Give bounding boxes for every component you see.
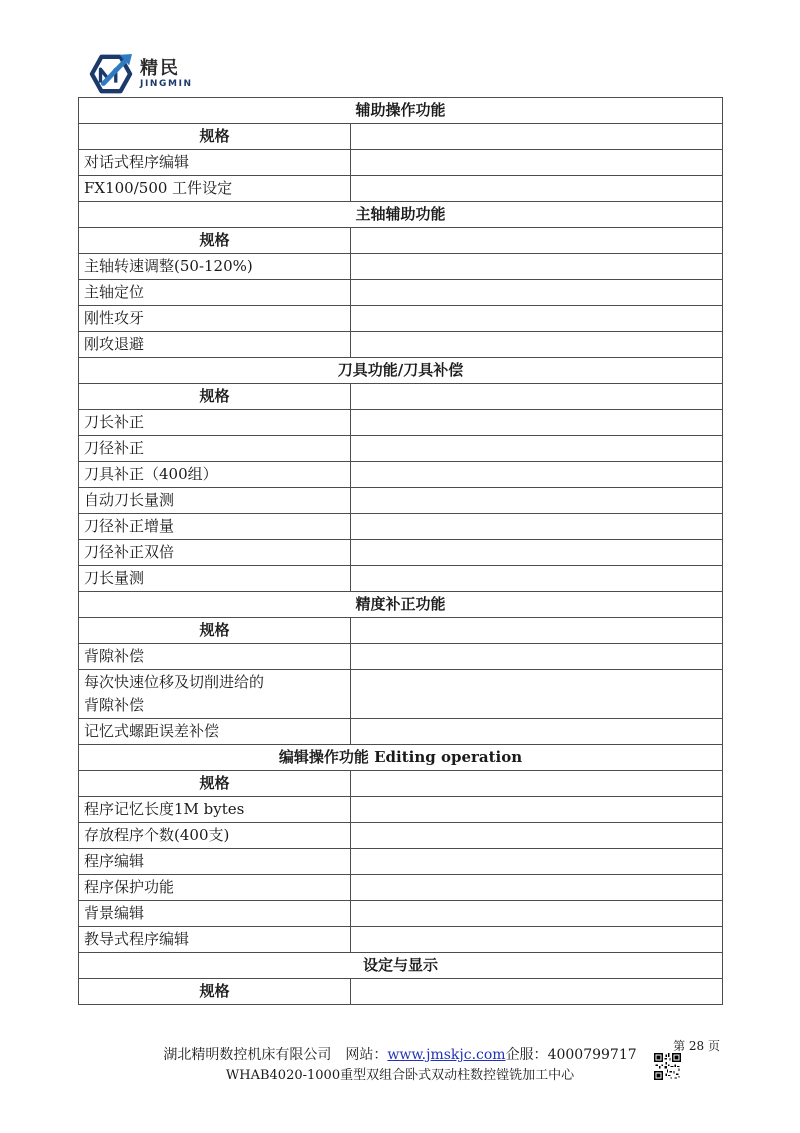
feature-row: 刚攻退避: [79, 332, 723, 358]
feature-row: FX100/500 工件设定: [79, 176, 723, 202]
feature-value-cell: [351, 488, 723, 514]
footer-company: 湖北精明数控机床有限公司: [163, 1047, 345, 1063]
feature-row: 程序编辑: [79, 849, 723, 875]
feature-value-cell: [351, 150, 723, 176]
logo: 精民 JINGMIN: [88, 53, 193, 95]
section-title-cell: 主轴辅助功能: [79, 202, 723, 228]
section-title-cell: 辅助操作功能: [79, 98, 723, 124]
spec-header-cell: 规格: [79, 124, 351, 150]
section-title-cell: 精度补正功能: [79, 592, 723, 618]
feature-label-cell: 刀长补正: [79, 410, 351, 436]
footer-website-label: 网站：: [345, 1047, 387, 1063]
feature-label-cell: 对话式程序编辑: [79, 150, 351, 176]
logo-zh-label: 精民: [140, 60, 193, 78]
feature-value-cell: [351, 849, 723, 875]
spec-header-row: 规格: [79, 124, 723, 150]
section-title-row: 辅助操作功能: [79, 98, 723, 124]
feature-value-cell: [351, 823, 723, 849]
feature-value-cell: [351, 566, 723, 592]
feature-label-cell: 记忆式螺距误差补偿: [79, 719, 351, 745]
feature-row: 程序保护功能: [79, 875, 723, 901]
feature-value-cell: [351, 670, 723, 719]
spec-value-cell: [351, 771, 723, 797]
spec-header-row: 规格: [79, 618, 723, 644]
section-title-cell: 设定与显示: [79, 953, 723, 979]
feature-value-cell: [351, 306, 723, 332]
section-title-row: 主轴辅助功能: [79, 202, 723, 228]
feature-row: 刀径补正: [79, 436, 723, 462]
feature-label-cell: 刚攻退避: [79, 332, 351, 358]
feature-row: 背景编辑: [79, 901, 723, 927]
spec-header-row: 规格: [79, 228, 723, 254]
feature-value-cell: [351, 901, 723, 927]
feature-row: 刚性攻牙: [79, 306, 723, 332]
feature-label-cell: 刀长量测: [79, 566, 351, 592]
page-number: 第 28 页: [673, 1037, 720, 1054]
feature-row: 刀长补正: [79, 410, 723, 436]
spec-header-cell: 规格: [79, 384, 351, 410]
section-title-row: 精度补正功能: [79, 592, 723, 618]
feature-row: 刀径补正增量: [79, 514, 723, 540]
logo-hexagon-icon: [88, 53, 134, 95]
feature-label-cell: 背景编辑: [79, 901, 351, 927]
feature-row: 记忆式螺距误差补偿: [79, 719, 723, 745]
feature-row: 刀长量测: [79, 566, 723, 592]
document-page: { "logo": { "zh": "精民", "en": "JINGMIN" …: [0, 0, 800, 1133]
feature-value-cell: [351, 436, 723, 462]
feature-value-cell: [351, 254, 723, 280]
feature-value-cell: [351, 410, 723, 436]
spec-value-cell: [351, 618, 723, 644]
spec-header-cell: 规格: [79, 228, 351, 254]
spec-header-cell: 规格: [79, 979, 351, 1005]
feature-label-cell: 背隙补偿: [79, 644, 351, 670]
spec-value-cell: [351, 228, 723, 254]
spec-value-cell: [351, 384, 723, 410]
feature-label-cell: 每次快速位移及切削进给的 背隙补偿: [79, 670, 351, 719]
spec-table-body: 辅助操作功能规格对话式程序编辑FX100/500 工件设定主轴辅助功能规格主轴转…: [79, 98, 723, 1005]
footer-service-label: 企服：: [506, 1047, 548, 1063]
spec-header-cell: 规格: [79, 618, 351, 644]
spec-value-cell: [351, 124, 723, 150]
feature-label-cell: 刀具补正（400组）: [79, 462, 351, 488]
feature-label-cell: 刀径补正增量: [79, 514, 351, 540]
feature-row: 刀具补正（400组）: [79, 462, 723, 488]
spec-header-row: 规格: [79, 979, 723, 1005]
feature-value-cell: [351, 927, 723, 953]
feature-label-cell: 自动刀长量测: [79, 488, 351, 514]
section-title-row: 刀具功能/刀具补偿: [79, 358, 723, 384]
spec-header-row: 规格: [79, 384, 723, 410]
feature-row: 主轴定位: [79, 280, 723, 306]
feature-value-cell: [351, 332, 723, 358]
feature-label-cell: FX100/500 工件设定: [79, 176, 351, 202]
spec-header-cell: 规格: [79, 771, 351, 797]
feature-label-cell: 刚性攻牙: [79, 306, 351, 332]
feature-row: 主轴转速调整(50-120%): [79, 254, 723, 280]
feature-value-cell: [351, 462, 723, 488]
logo-en-label: JINGMIN: [140, 80, 193, 89]
feature-value-cell: [351, 875, 723, 901]
feature-row: 存放程序个数(400支): [79, 823, 723, 849]
feature-label-cell: 刀径补正: [79, 436, 351, 462]
feature-value-cell: [351, 644, 723, 670]
feature-label-cell: 主轴定位: [79, 280, 351, 306]
spec-table: 辅助操作功能规格对话式程序编辑FX100/500 工件设定主轴辅助功能规格主轴转…: [78, 97, 723, 1005]
feature-label-cell: 程序保护功能: [79, 875, 351, 901]
feature-label-cell: 教导式程序编辑: [79, 927, 351, 953]
feature-row: 背隙补偿: [79, 644, 723, 670]
feature-value-cell: [351, 719, 723, 745]
feature-label-cell: 主轴转速调整(50-120%): [79, 254, 351, 280]
feature-row: 自动刀长量测: [79, 488, 723, 514]
feature-label-cell: 程序编辑: [79, 849, 351, 875]
feature-label-cell: 程序记忆长度1M bytes: [79, 797, 351, 823]
feature-row: 刀径补正双倍: [79, 540, 723, 566]
feature-value-cell: [351, 280, 723, 306]
feature-row: 每次快速位移及切削进给的 背隙补偿: [79, 670, 723, 719]
feature-value-cell: [351, 514, 723, 540]
footer-website-link[interactable]: www.jmskjc.com: [387, 1047, 505, 1063]
section-title-row: 设定与显示: [79, 953, 723, 979]
feature-row: 对话式程序编辑: [79, 150, 723, 176]
spec-header-row: 规格: [79, 771, 723, 797]
feature-row: 教导式程序编辑: [79, 927, 723, 953]
feature-label-cell: 存放程序个数(400支): [79, 823, 351, 849]
feature-label-cell: 刀径补正双倍: [79, 540, 351, 566]
section-title-cell: 编辑操作功能 Editing operation: [79, 745, 723, 771]
feature-value-cell: [351, 176, 723, 202]
feature-value-cell: [351, 540, 723, 566]
footer-service-phone: 4000799717: [548, 1047, 637, 1063]
logo-text: 精民 JINGMIN: [140, 60, 193, 89]
feature-row: 程序记忆长度1M bytes: [79, 797, 723, 823]
section-title-cell: 刀具功能/刀具补偿: [79, 358, 723, 384]
feature-value-cell: [351, 797, 723, 823]
spec-value-cell: [351, 979, 723, 1005]
section-title-row: 编辑操作功能 Editing operation: [79, 745, 723, 771]
footer-subtitle: WHAB4020-1000重型双组合卧式双动柱数控镗铣加工中心: [0, 1064, 800, 1083]
